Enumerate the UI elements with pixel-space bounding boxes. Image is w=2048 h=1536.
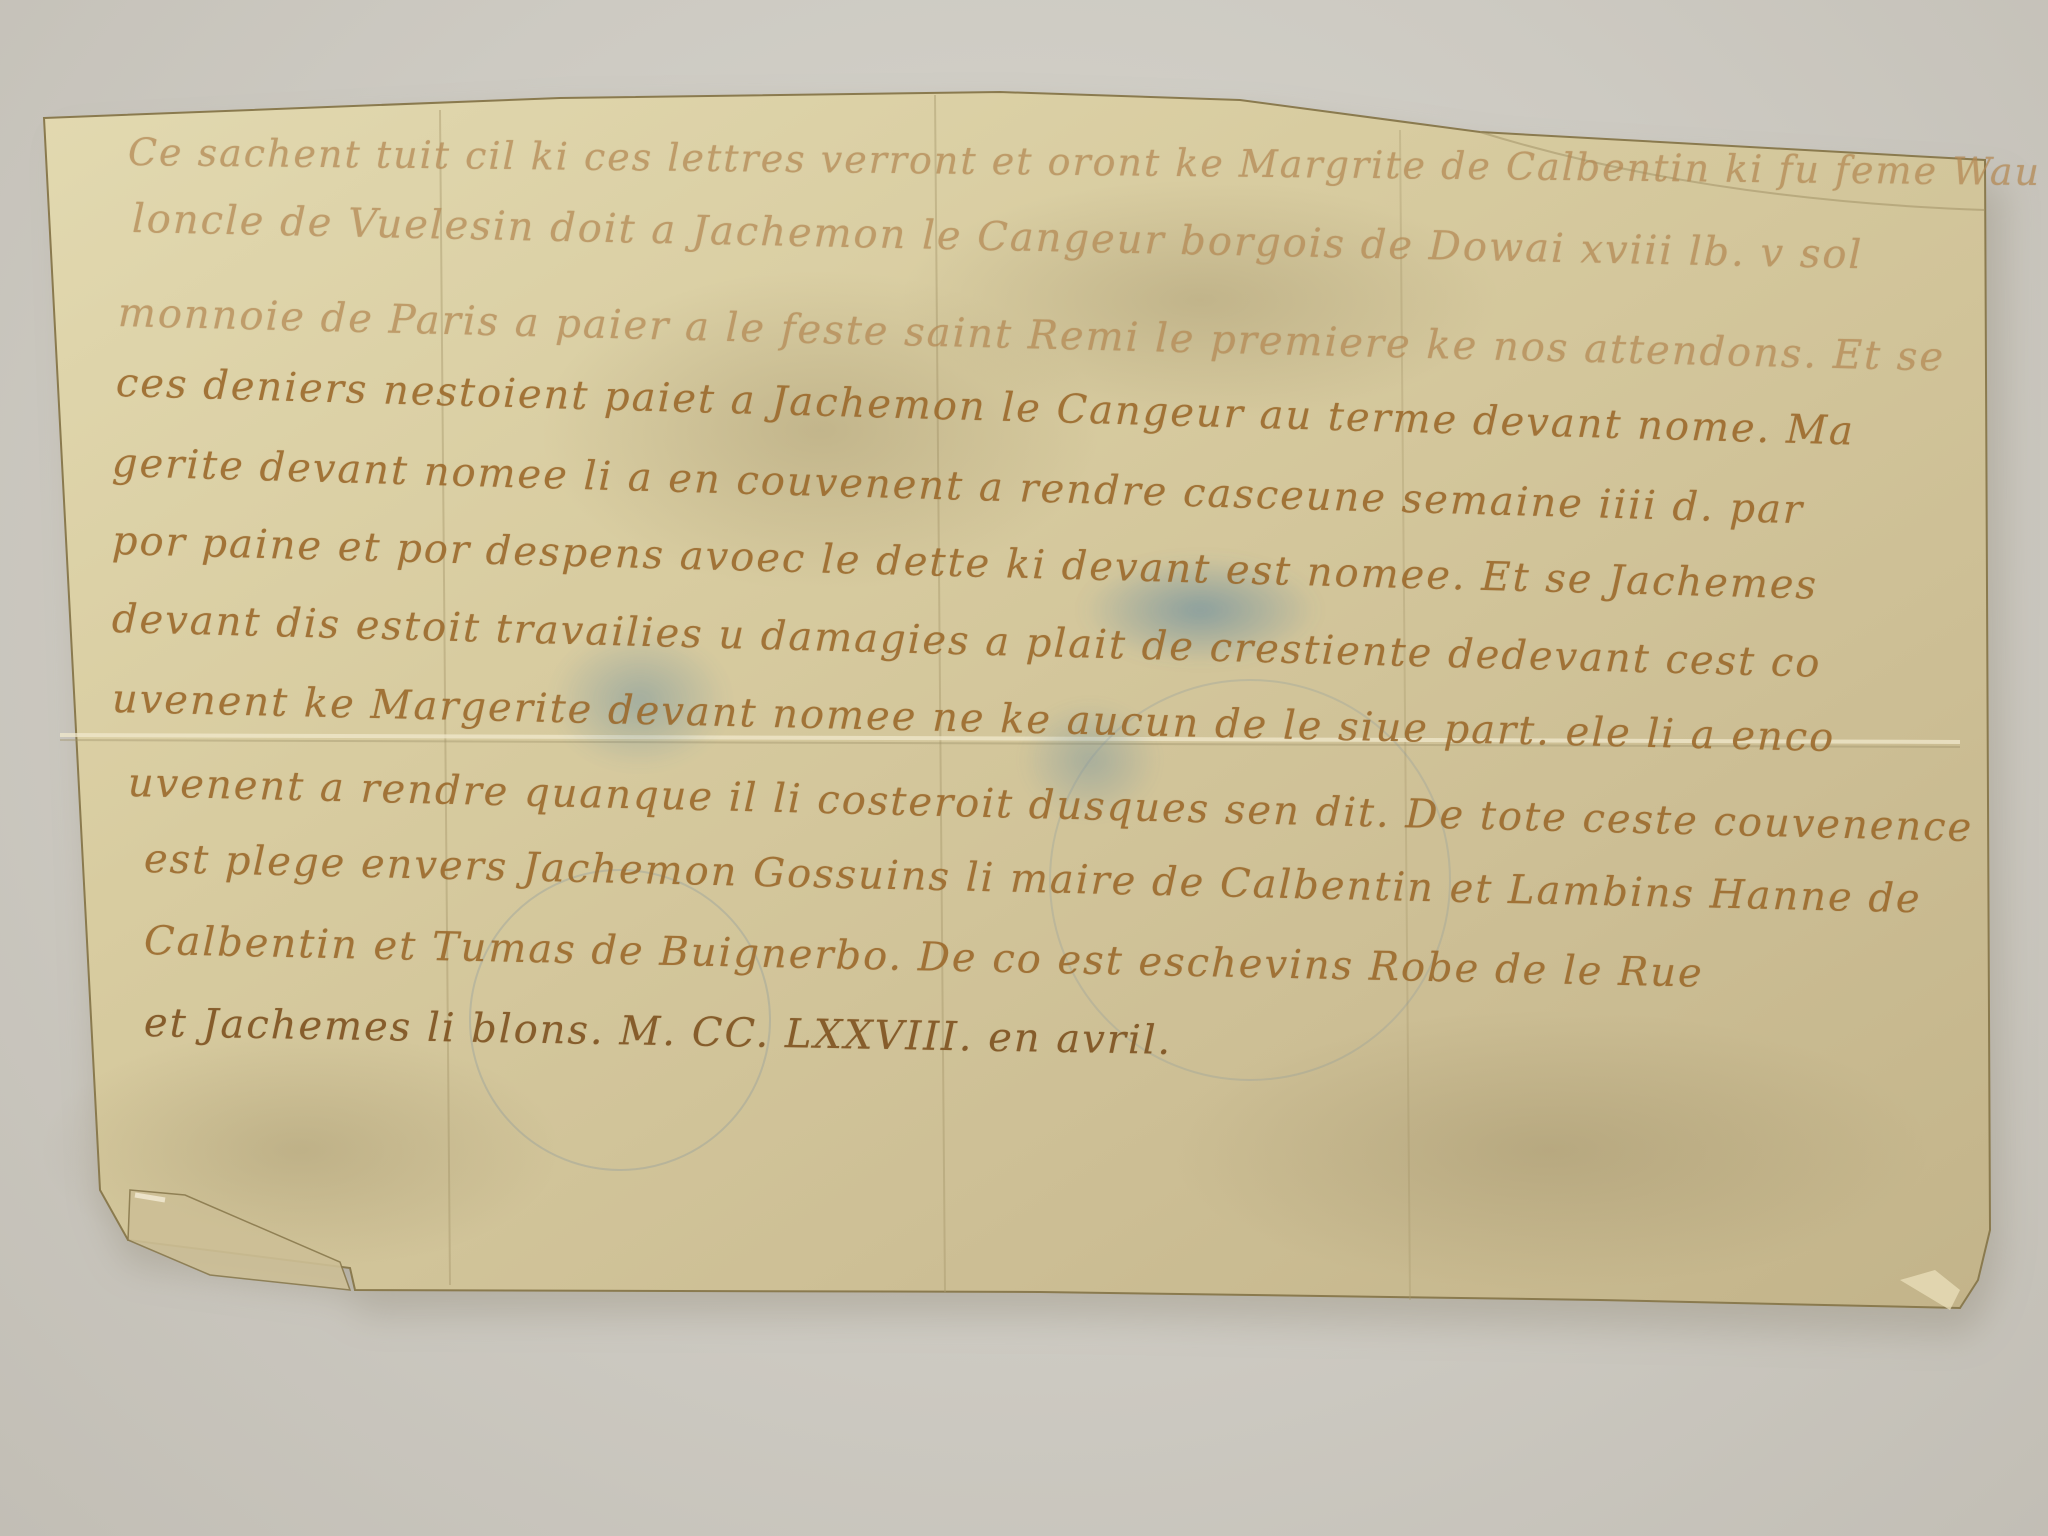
text-line-6: por paine et por despens avoec le dette … xyxy=(111,518,1818,609)
text-line-2: loncle de Vuelesin doit a Jachemon le Ca… xyxy=(132,196,1864,278)
text-line-1: Ce sachent tuit cil ki ces lettres verro… xyxy=(128,130,2041,194)
text-line-7: devant dis estoit travailies u damagies … xyxy=(111,596,1822,687)
text-line-11: Calbentin et Tumas de Buignerbo. De co e… xyxy=(144,918,1705,997)
charter-text: Ce sachent tuit cil ki ces lettres verro… xyxy=(0,0,2048,1536)
text-line-12-date: et Jachemes li blons. M. CC. LXXVIII. en… xyxy=(144,1000,1173,1064)
text-line-4: ces deniers nestoient paiet a Jachemon l… xyxy=(115,360,1855,455)
text-line-9: uvenent a rendre quanque il li costeroit… xyxy=(127,760,1973,851)
text-line-5: gerite devant nomee li a en couvenent a … xyxy=(111,440,1804,533)
text-line-10: est plege envers Jachemon Gossuins li ma… xyxy=(143,836,1922,922)
text-line-8: uvenent ke Margerite devant nomee ne ke … xyxy=(111,676,1835,761)
